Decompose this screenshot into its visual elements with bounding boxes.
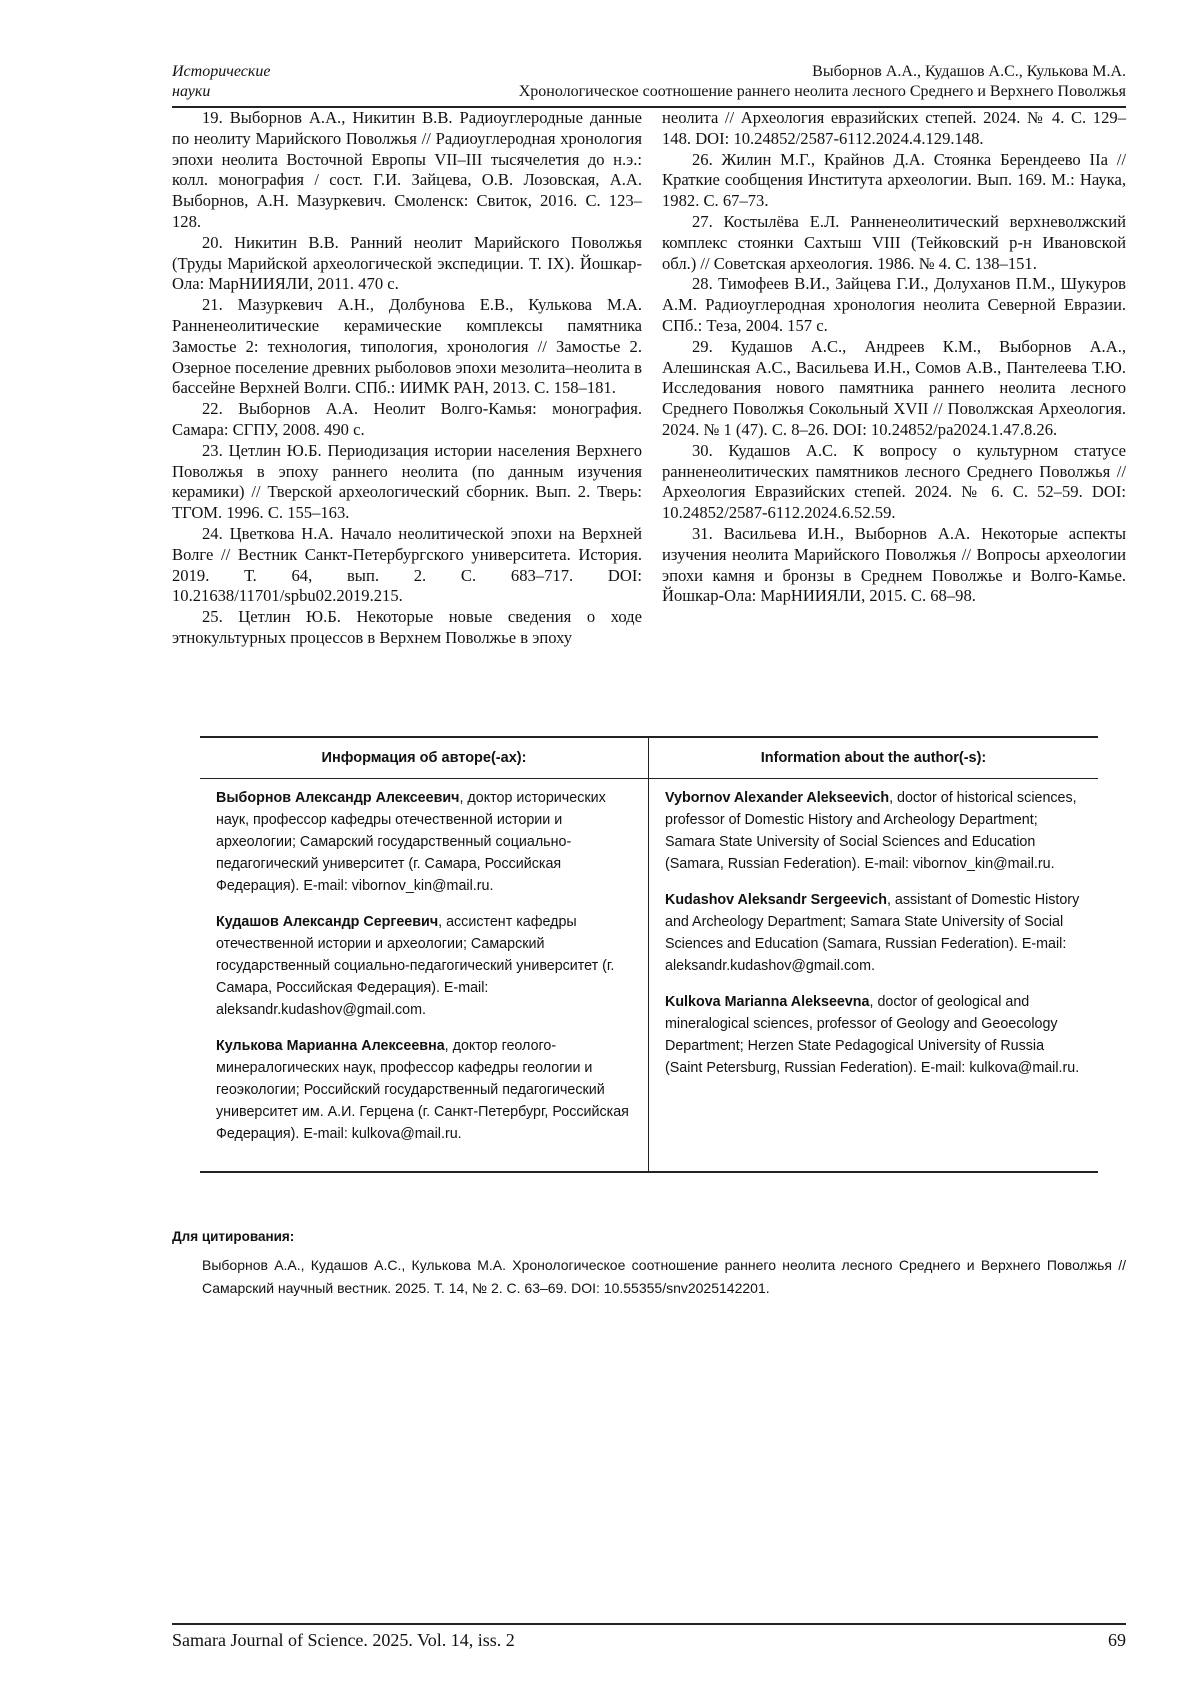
references-column-2: неолита // Археология евразийских степей… (662, 108, 1126, 607)
reference-29: 29. Кудашов А.С., Андреев К.М., Выборнов… (662, 337, 1126, 441)
references-column-1: 19. Выборнов А.А., Никитин В.В. Радиоугл… (172, 108, 642, 649)
author-name: Kulkova Marianna Alekseevna (665, 994, 870, 1010)
reference-27: 27. Костылёва Е.Л. Ранненеолитический ве… (662, 212, 1126, 274)
reference-20: 20. Никитин В.В. Ранний неолит Марийског… (172, 233, 642, 295)
author-name: Выборнов Александр Алексеевич (216, 790, 459, 806)
reference-25-continuation: неолита // Археология евразийских степей… (662, 108, 1126, 150)
footer-journal: Samara Journal of Science. 2025. Vol. 14… (172, 1630, 515, 1650)
author-entry-ru: Выборнов Александр Алексеевич, доктор ис… (216, 787, 634, 897)
header-article-info: Выборнов А.А., Кудашов А.С., Кулькова М.… (519, 62, 1126, 102)
reference-24: 24. Цветкова Н.А. Начало неолитической э… (172, 524, 642, 607)
author-column-ru: Выборнов Александр Алексеевич, доктор ис… (200, 779, 649, 1171)
author-entry-ru: Кудашов Александр Сергеевич, ассистент к… (216, 911, 634, 1021)
author-entry-ru: Кулькова Марианна Алексеевна, доктор гео… (216, 1035, 634, 1145)
header-authors: Выборнов А.А., Кудашов А.С., Кулькова М.… (519, 62, 1126, 82)
running-header: Исторические науки Выборнов А.А., Кудашо… (172, 62, 1126, 108)
citation-text: Выборнов А.А., Кудашов А.С., Кулькова М.… (202, 1254, 1126, 1300)
author-table-header: Информация об авторе(-ах): Information a… (200, 738, 1098, 779)
author-entry-en: Vybornov Alexander Alekseevich, doctor o… (665, 787, 1084, 875)
reference-28: 28. Тимофеев В.И., Зайцева Г.И., Долухан… (662, 274, 1126, 336)
author-entry-en: Kulkova Marianna Alekseevna, doctor of g… (665, 991, 1084, 1079)
page-footer: Samara Journal of Science. 2025. Vol. 14… (172, 1623, 1126, 1651)
reference-21: 21. Мазуркевич А.Н., Долбунова Е.В., Кул… (172, 295, 642, 399)
reference-23: 23. Цетлин Ю.Б. Периодизация истории нас… (172, 441, 642, 524)
author-column-en: Vybornov Alexander Alekseevich, doctor o… (649, 779, 1098, 1171)
citation-title: Для цитирования: (172, 1228, 1126, 1246)
page-number: 69 (1108, 1629, 1126, 1651)
reference-19: 19. Выборнов А.А., Никитин В.В. Радиоугл… (172, 108, 642, 233)
section-label: Исторические науки (172, 62, 270, 102)
citation-block: Для цитирования: Выборнов А.А., Кудашов … (172, 1228, 1126, 1300)
section-line-1: Исторические (172, 62, 270, 82)
author-name: Кудашов Александр Сергеевич (216, 914, 438, 930)
author-entry-en: Kudashov Aleksandr Sergeevich, assistant… (665, 889, 1084, 977)
author-info-table: Информация об авторе(-ах): Information a… (200, 736, 1098, 1173)
reference-22: 22. Выборнов А.А. Неолит Волго-Камья: мо… (172, 399, 642, 441)
author-name: Кулькова Марианна Алексеевна (216, 1038, 445, 1054)
author-header-ru: Информация об авторе(-ах): (200, 738, 649, 778)
author-name: Vybornov Alexander Alekseevich (665, 790, 889, 806)
author-header-en: Information about the author(-s): (649, 738, 1098, 778)
reference-26: 26. Жилин М.Г., Крайнов Д.А. Стоянка Бер… (662, 150, 1126, 212)
reference-25: 25. Цетлин Ю.Б. Некоторые новые сведения… (172, 607, 642, 649)
reference-30: 30. Кудашов А.С. К вопросу о культурном … (662, 441, 1126, 524)
section-line-2: науки (172, 82, 270, 102)
author-name: Kudashov Aleksandr Sergeevich (665, 892, 887, 908)
reference-31: 31. Васильева И.Н., Выборнов А.А. Некото… (662, 524, 1126, 607)
header-article-title: Хронологическое соотношение раннего неол… (519, 82, 1126, 102)
